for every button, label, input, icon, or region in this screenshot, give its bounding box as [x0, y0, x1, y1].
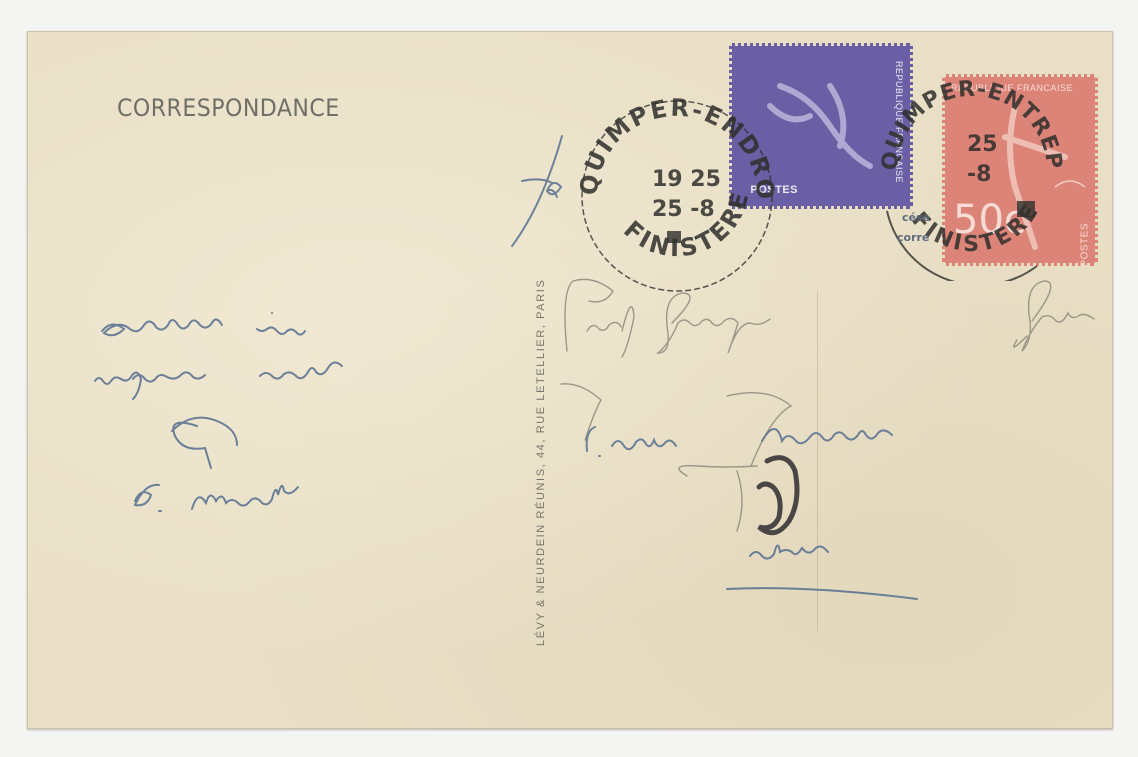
svg-text:25: 25: [967, 132, 998, 157]
postmark-quimper-1: QUIMPER-ENDRO FINISTERE 19 25 25 -8: [567, 81, 787, 311]
svg-text:-8: -8: [967, 162, 991, 187]
svg-text:19 25: 19 25: [652, 167, 721, 192]
svg-text:corre: corre: [897, 231, 929, 244]
postcard-back: CORRESPONDANCE LÉVY & NEURDEIN RÉUNIS, 4…: [27, 31, 1113, 729]
svg-text:25 -8: 25 -8: [652, 197, 715, 222]
postmark-quimper-2: QUIMPER-ENTREPOT FINISTERE 25 -8 cése co…: [867, 51, 1067, 281]
svg-text:cése: cése: [902, 211, 930, 224]
